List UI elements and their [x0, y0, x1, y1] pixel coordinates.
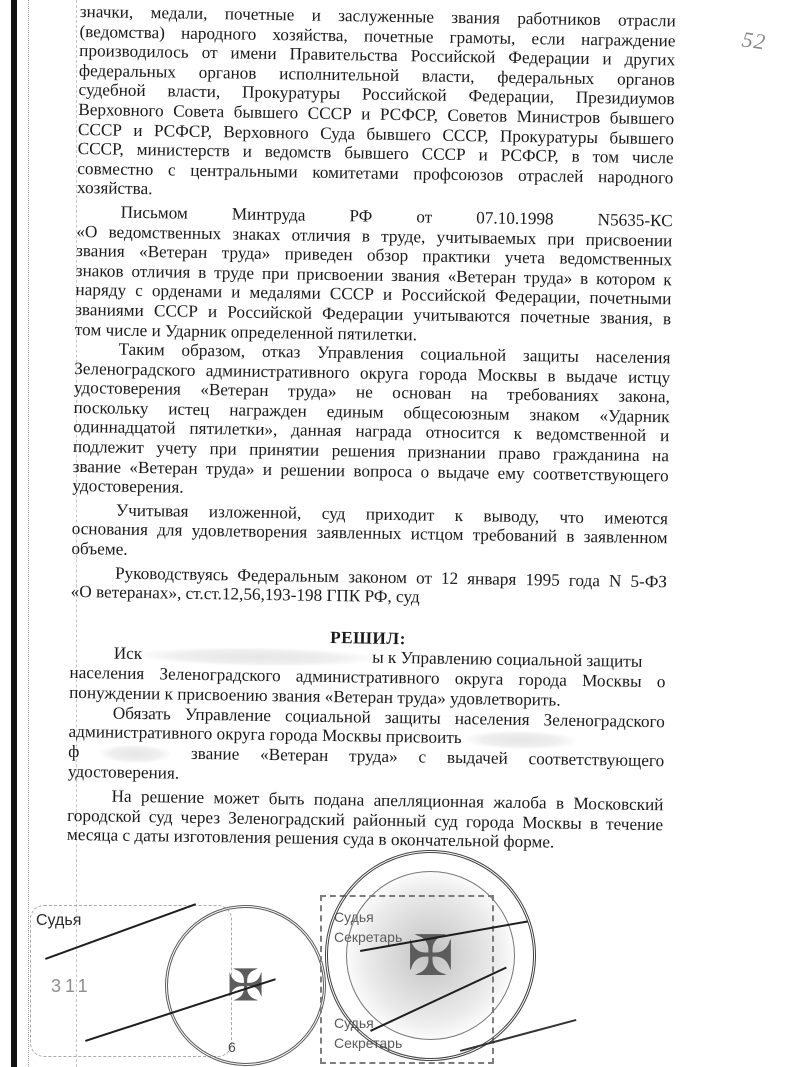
certification-date: 311: [51, 976, 92, 997]
document-body: значки, медали, почетные и заслуженные з…: [67, 2, 676, 854]
scan-border: [0, 0, 36, 1067]
scan-black-edge: [11, 0, 17, 1067]
judge-label: Судья: [36, 912, 81, 930]
eagle-emblem-icon: ✠: [407, 923, 454, 989]
claim-start: Иск: [114, 644, 143, 663]
redacted-name: [466, 730, 576, 750]
round-court-seal: ✠ 6: [165, 905, 326, 1066]
redacted-name: [100, 745, 170, 764]
obligation-initial: ф: [68, 742, 79, 761]
scan-dotted-edge: [28, 0, 30, 1067]
handwritten-page-number: 52: [740, 26, 767, 55]
round-court-seal: ✠: [325, 850, 536, 1061]
seal-number: 6: [228, 1039, 236, 1055]
